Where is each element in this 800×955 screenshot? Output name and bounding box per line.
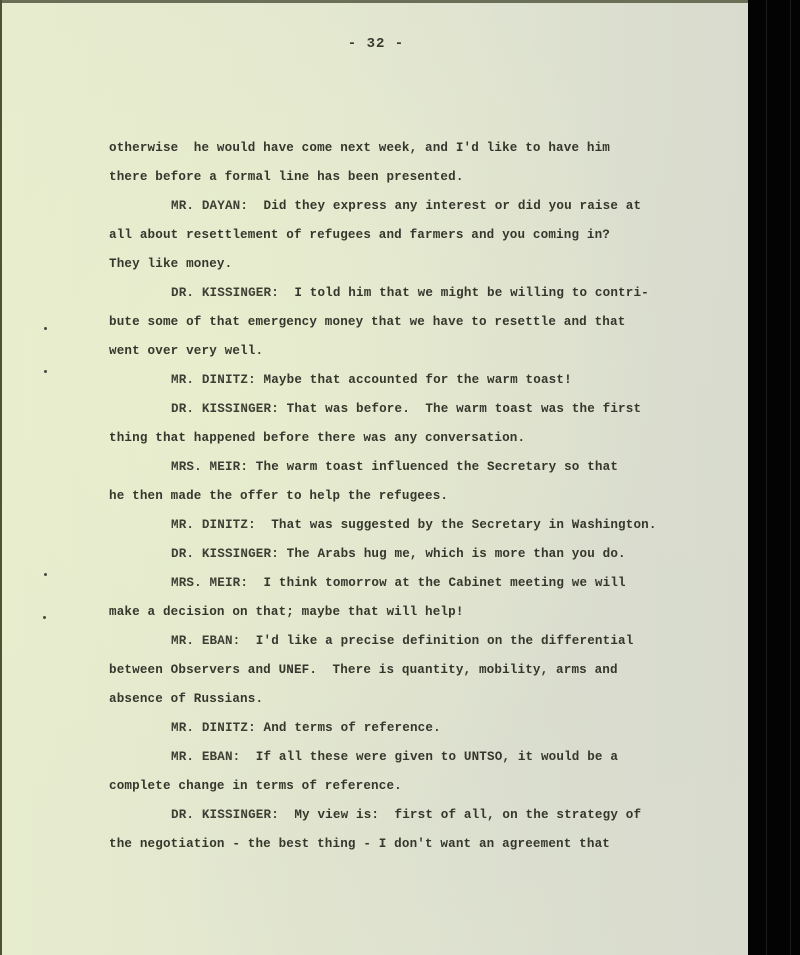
text-line: between Observers and UNEF. There is qua… [109, 656, 719, 685]
speaker-line: DR. KISSINGER: I told him that we might … [109, 279, 719, 308]
speaker-line: DR. KISSINGER: The Arabs hug me, which i… [109, 540, 719, 569]
line-text: thing that happened before there was any… [109, 431, 525, 445]
text-line: all about resettlement of refugees and f… [109, 221, 719, 250]
line-text: bute some of that emergency money that w… [109, 315, 625, 329]
page-top-edge [2, 0, 750, 3]
line-text: went over very well. [109, 344, 263, 358]
speaker-name: DR. KISSINGER: [171, 808, 279, 822]
speaker-name: MR. DINITZ: [171, 518, 256, 532]
text-line: there before a formal line has been pres… [109, 163, 719, 192]
line-text: The Arabs hug me, which is more than you… [279, 547, 626, 561]
speaker-name: MR. DINITZ: [171, 721, 256, 735]
line-text: there before a formal line has been pres… [109, 170, 464, 184]
speaker-name: MR. DINITZ: [171, 373, 256, 387]
line-text: otherwise he would have come next week, … [109, 141, 610, 155]
line-text: The warm toast influenced the Secretary … [248, 460, 618, 474]
speaker-line: MR. EBAN: If all these were given to UNT… [109, 743, 719, 772]
text-line: he then made the offer to help the refug… [109, 482, 719, 511]
text-line: thing that happened before there was any… [109, 424, 719, 453]
speaker-line: MRS. MEIR: The warm toast influenced the… [109, 453, 719, 482]
speaker-line: MRS. MEIR: I think tomorrow at the Cabin… [109, 569, 719, 598]
line-text: That was before. The warm toast was the … [279, 402, 641, 416]
document-page: - 32 - otherwise he would have come next… [0, 0, 748, 955]
speaker-line: MR. EBAN: I'd like a precise definition … [109, 627, 719, 656]
line-text: They like money. [109, 257, 232, 271]
speaker-line: MR. DINITZ: That was suggested by the Se… [109, 511, 719, 540]
text-line: otherwise he would have come next week, … [109, 134, 719, 163]
margin-punch-mark [44, 573, 47, 576]
line-text: That was suggested by the Secretary in W… [256, 518, 657, 532]
text-line: They like money. [109, 250, 719, 279]
line-text: And terms of reference. [256, 721, 441, 735]
line-text: Did they express any interest or did you… [248, 199, 641, 213]
margin-punch-mark [44, 370, 47, 373]
line-text: complete change in terms of reference. [109, 779, 402, 793]
speaker-line: MR. DINITZ: And terms of reference. [109, 714, 719, 743]
text-line: went over very well. [109, 337, 719, 366]
line-text: between Observers and UNEF. There is qua… [109, 663, 618, 677]
text-line: the negotiation - the best thing - I don… [109, 830, 719, 859]
scan-border [748, 0, 800, 955]
text-line: complete change in terms of reference. [109, 772, 719, 801]
line-text: My view is: first of all, on the strateg… [279, 808, 641, 822]
line-text: I'd like a precise definition on the dif… [240, 634, 633, 648]
speaker-name: MRS. MEIR: [171, 576, 248, 590]
line-text: absence of Russians. [109, 692, 263, 706]
speaker-name: DR. KISSINGER: [171, 402, 279, 416]
speaker-name: DR. KISSINGER: [171, 547, 279, 561]
line-text: Maybe that accounted for the warm toast! [256, 373, 572, 387]
line-text: I think tomorrow at the Cabinet meeting … [248, 576, 626, 590]
margin-punch-mark [43, 616, 46, 619]
line-text: I told him that we might be willing to c… [279, 286, 649, 300]
speaker-name: MR. EBAN: [171, 750, 240, 764]
speaker-line: MR. DAYAN: Did they express any interest… [109, 192, 719, 221]
text-line: absence of Russians. [109, 685, 719, 714]
page-number: - 32 - [2, 36, 750, 52]
line-text: all about resettlement of refugees and f… [109, 228, 610, 242]
speaker-name: DR. KISSINGER: [171, 286, 279, 300]
transcript-body: otherwise he would have come next week, … [109, 134, 719, 859]
speaker-line: DR. KISSINGER: My view is: first of all,… [109, 801, 719, 830]
line-text: If all these were given to UNTSO, it wou… [240, 750, 618, 764]
speaker-line: MR. DINITZ: Maybe that accounted for the… [109, 366, 719, 395]
line-text: he then made the offer to help the refug… [109, 489, 448, 503]
line-text: make a decision on that; maybe that will… [109, 605, 464, 619]
speaker-name: MR. EBAN: [171, 634, 240, 648]
margin-punch-mark [44, 327, 47, 330]
text-line: make a decision on that; maybe that will… [109, 598, 719, 627]
line-text: the negotiation - the best thing - I don… [109, 837, 610, 851]
speaker-name: MR. DAYAN: [171, 199, 248, 213]
speaker-line: DR. KISSINGER: That was before. The warm… [109, 395, 719, 424]
speaker-name: MRS. MEIR: [171, 460, 248, 474]
text-line: bute some of that emergency money that w… [109, 308, 719, 337]
